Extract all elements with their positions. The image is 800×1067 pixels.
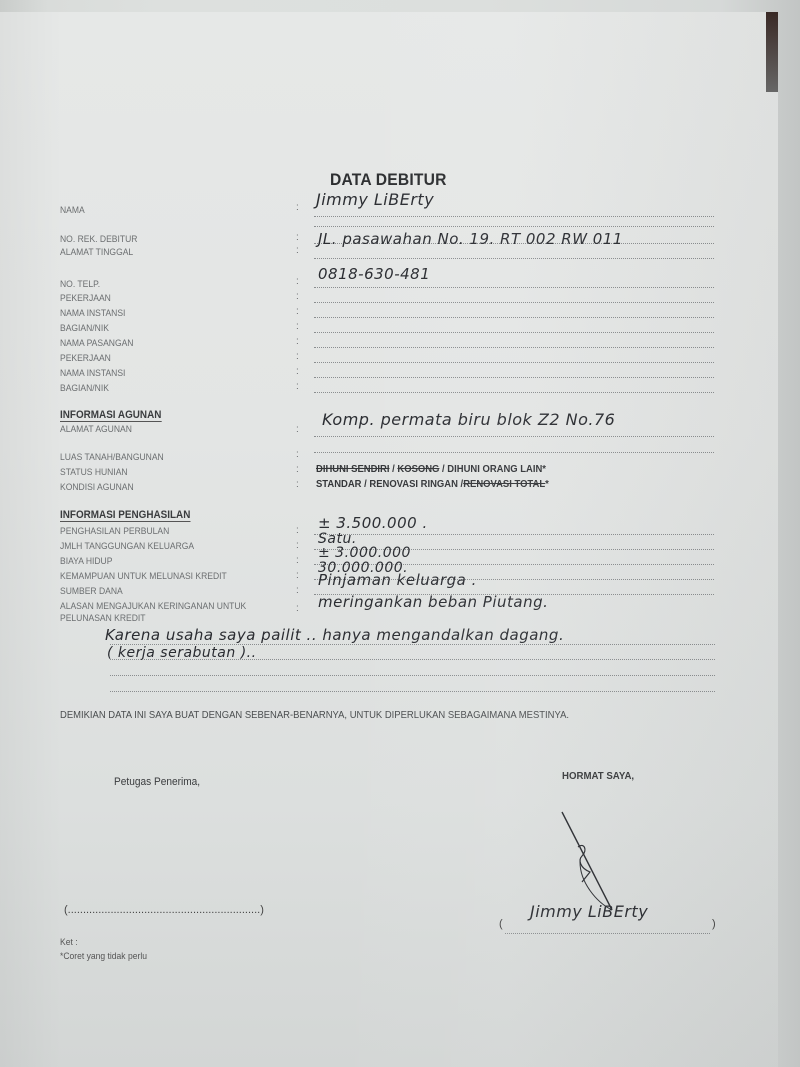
- colon: :: [296, 351, 299, 362]
- colon: :: [296, 555, 299, 566]
- dotted-line: [110, 691, 715, 692]
- colon: :: [296, 381, 299, 392]
- field-pekerjaan-pasangan-line[interactable]: [314, 362, 714, 363]
- field-alamat-agunan-value[interactable]: Komp. permata biru blok Z2 No.76: [322, 410, 615, 429]
- option-dihuni-orang-lain[interactable]: / DIHUNI ORANG LAIN*: [439, 463, 546, 475]
- field-pekerjaan-line[interactable]: [314, 302, 714, 303]
- field-biaya-hidup-value[interactable]: ± 3.000.000: [318, 545, 411, 561]
- label-tanggungan: JMLH TANGGUNGAN KELUARGA: [60, 541, 194, 552]
- colon: :: [296, 570, 299, 581]
- colon: :: [296, 366, 299, 377]
- label-pekerjaan-pasangan: PEKERJAAN: [60, 353, 111, 364]
- option-kosong[interactable]: KOSONG: [397, 463, 439, 475]
- colon: :: [296, 603, 299, 614]
- dotted-line: [314, 534, 714, 535]
- field-alasan-value[interactable]: meringankan beban Piutang.: [318, 593, 548, 611]
- colon: :: [296, 479, 299, 490]
- label-luas: LUAS TANAH/BANGUNAN: [60, 452, 164, 463]
- field-sumber-dana-value[interactable]: Pinjaman keluarga .: [318, 571, 477, 589]
- signature-label-petugas: Petugas Penerima,: [114, 776, 200, 788]
- option-renovasi-total[interactable]: RENOVASI TOTAL: [463, 478, 545, 490]
- signature-label-hormat-saya: HORMAT SAYA,: [562, 770, 634, 782]
- colon: :: [296, 464, 299, 475]
- label-alasan-line2: PELUNASAN KREDIT: [60, 613, 146, 624]
- signature-mark-icon: [550, 802, 630, 952]
- colon: :: [296, 540, 299, 551]
- status-hunian-options: DIHUNI SENDIRI / KOSONG / DIHUNI ORANG L…: [316, 463, 546, 475]
- label-nama: NAMA: [60, 205, 85, 216]
- dotted-line: [110, 659, 715, 660]
- field-alamat-value[interactable]: JL. pasawahan No. 19. RT 002 RW 011: [318, 230, 623, 248]
- document-page: DATA DEBITUR NAMA : Jimmy LiBErty NO. RE…: [0, 12, 778, 1067]
- colon: :: [296, 202, 299, 213]
- field-telp-value[interactable]: 0818-630-481: [318, 265, 430, 283]
- signature-line-petugas[interactable]: (.......................................…: [64, 904, 264, 916]
- colon: :: [296, 525, 299, 536]
- label-alamat: ALAMAT TINGGAL: [60, 247, 133, 258]
- colon: :: [296, 321, 299, 332]
- dotted-line: [314, 436, 714, 437]
- option-dihuni-sendiri[interactable]: DIHUNI SENDIRI: [316, 463, 390, 475]
- colon: :: [296, 449, 299, 460]
- note-text: *Coret yang tidak perlu: [60, 951, 147, 962]
- field-penghasilan-value[interactable]: ± 3.500.000 .: [318, 514, 428, 532]
- label-alasan: ALASAN MENGAJUKAN KERINGANAN UNTUK: [60, 601, 246, 612]
- label-bagian-nik-pasangan: BAGIAN/NIK: [60, 383, 109, 394]
- field-instansi-pasangan-line[interactable]: [314, 377, 714, 378]
- dotted-line: [110, 675, 715, 676]
- signature-close-paren: ): [712, 918, 716, 930]
- label-instansi-pasangan: NAMA INSTANSI: [60, 368, 125, 379]
- page-title: DATA DEBITUR: [330, 170, 447, 190]
- label-status-hunian: STATUS HUNIAN: [60, 467, 128, 478]
- option-standar-renovasi-ringan[interactable]: STANDAR / RENOVASI RINGAN /: [316, 478, 463, 490]
- colon: :: [296, 245, 299, 256]
- label-kondisi-agunan: KONDISI AGUNAN: [60, 482, 134, 493]
- field-nama-instansi-line[interactable]: [314, 317, 714, 318]
- kondisi-agunan-options: STANDAR / RENOVASI RINGAN /RENOVASI TOTA…: [316, 478, 549, 490]
- colon: :: [296, 336, 299, 347]
- asterisk: *: [545, 478, 549, 490]
- label-no-rek: NO. REK. DEBITUR: [60, 234, 137, 245]
- field-bagian-nik-line[interactable]: [314, 332, 714, 333]
- declaration-statement: DEMIKIAN DATA INI SAYA BUAT DENGAN SEBEN…: [60, 709, 569, 721]
- signature-open-paren: (: [499, 918, 503, 930]
- label-biaya-hidup: BIAYA HIDUP: [60, 556, 112, 567]
- colon: :: [296, 232, 299, 243]
- dotted-line: [314, 258, 714, 259]
- section-heading-agunan: INFORMASI AGUNAN: [60, 409, 161, 422]
- label-telp: NO. TELP.: [60, 279, 100, 290]
- label-penghasilan: PENGHASILAN PERBULAN: [60, 526, 169, 537]
- colon: :: [296, 276, 299, 287]
- label-kemampuan: KEMAMPUAN UNTUK MELUNASI KREDIT: [60, 571, 227, 582]
- field-luas-line[interactable]: [314, 452, 714, 453]
- signature-line-debitur: [505, 933, 710, 934]
- note-heading: Ket :: [60, 937, 78, 948]
- colon: :: [296, 306, 299, 317]
- field-nama-value[interactable]: Jimmy LiBErty: [316, 190, 434, 209]
- colon: :: [296, 291, 299, 302]
- section-heading-penghasilan: INFORMASI PENGHASILAN: [60, 509, 190, 522]
- label-nama-pasangan: NAMA PASANGAN: [60, 338, 133, 349]
- field-alasan-cont-1[interactable]: Karena usaha saya pailit .. hanya mengan…: [105, 626, 564, 644]
- field-nama-pasangan-line[interactable]: [314, 347, 714, 348]
- label-sumber-dana: SUMBER DANA: [60, 586, 123, 597]
- label-nama-instansi: NAMA INSTANSI: [60, 308, 125, 319]
- colon: :: [296, 424, 299, 435]
- dotted-line: [314, 216, 714, 217]
- field-bagian-nik-pasangan-line[interactable]: [314, 392, 714, 393]
- label-alamat-agunan: ALAMAT AGUNAN: [60, 424, 132, 435]
- page-edge-shadow: [766, 12, 778, 92]
- dotted-line: [314, 226, 714, 227]
- dotted-line: [314, 287, 714, 288]
- label-bagian-nik: BAGIAN/NIK: [60, 323, 109, 334]
- signature-name-debitur: Jimmy LiBErty: [530, 902, 648, 921]
- colon: :: [296, 585, 299, 596]
- label-pekerjaan: PEKERJAAN: [60, 293, 111, 304]
